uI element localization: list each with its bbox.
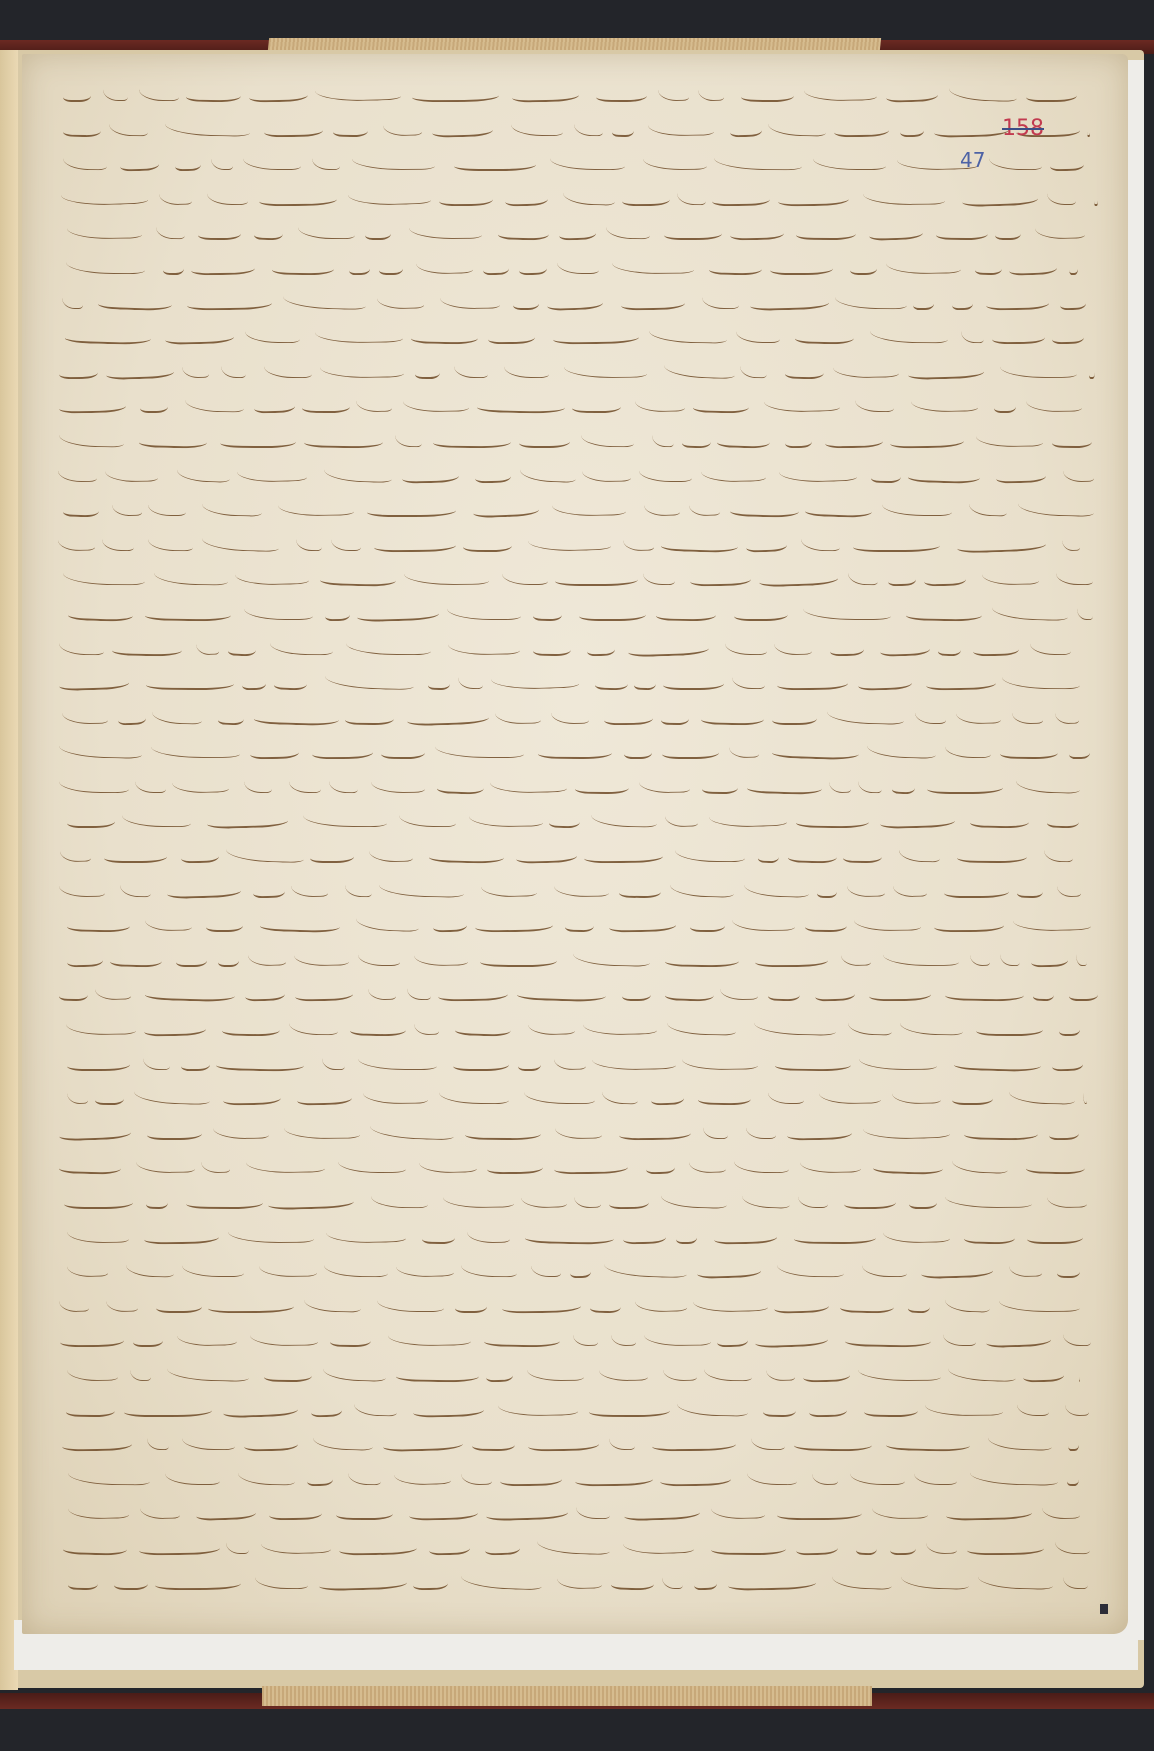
shorthand-line: [58, 422, 1128, 457]
shorthand-line: [58, 630, 1128, 665]
shorthand-line: [58, 214, 1128, 249]
shorthand-line: [58, 1183, 1128, 1218]
shorthand-line: [58, 595, 1128, 630]
shorthand-line: [58, 353, 1128, 388]
shorthand-line: [58, 1460, 1128, 1495]
shorthand-line: [58, 1425, 1128, 1460]
shorthand-line: [58, 1356, 1128, 1391]
shorthand-line: [58, 1045, 1128, 1080]
shorthand-line: [58, 76, 1128, 111]
shorthand-line: [58, 1218, 1128, 1253]
shorthand-line: [58, 1529, 1128, 1564]
shorthand-line: [58, 1079, 1128, 1114]
shorthand-line: [58, 284, 1128, 319]
folio-number-old: 158: [1002, 116, 1044, 141]
shorthand-line: [58, 1321, 1128, 1356]
shorthand-line: [58, 491, 1128, 526]
shorthand-line: [58, 560, 1128, 595]
shorthand-line: [58, 180, 1128, 215]
shorthand-line: [58, 457, 1128, 492]
ink-blot: [1100, 1604, 1108, 1614]
shorthand-line: [58, 1148, 1128, 1183]
shorthand-line: [58, 249, 1128, 284]
shorthand-line: [58, 111, 1128, 146]
shorthand-line: [58, 1391, 1128, 1426]
shorthand-line: [58, 1252, 1128, 1287]
shorthand-line: [58, 975, 1128, 1010]
tape-bottom: [262, 1686, 872, 1706]
shorthand-line: [58, 837, 1128, 872]
shorthand-line: [58, 1114, 1128, 1149]
shorthand-line: [58, 941, 1128, 976]
shorthand-line: [58, 1494, 1128, 1529]
shorthand-line: [58, 1010, 1128, 1045]
shorthand-line: [58, 318, 1128, 353]
shorthand-line: [58, 1287, 1128, 1322]
shorthand-line: [58, 733, 1128, 768]
shorthand-line: [58, 872, 1128, 907]
shorthand-line: [58, 387, 1128, 422]
folio-number-current: 47: [960, 148, 985, 172]
shorthand-line: [58, 768, 1128, 803]
shorthand-line: [58, 906, 1128, 941]
shorthand-line: [58, 802, 1128, 837]
manuscript-page: [22, 54, 1128, 1634]
shorthand-line: [58, 699, 1128, 734]
shorthand-line: [58, 526, 1128, 561]
shorthand-line: [58, 1564, 1128, 1599]
gutter: [0, 50, 18, 1690]
shorthand-line: [58, 664, 1128, 699]
shorthand-text-block: [58, 76, 1128, 1598]
